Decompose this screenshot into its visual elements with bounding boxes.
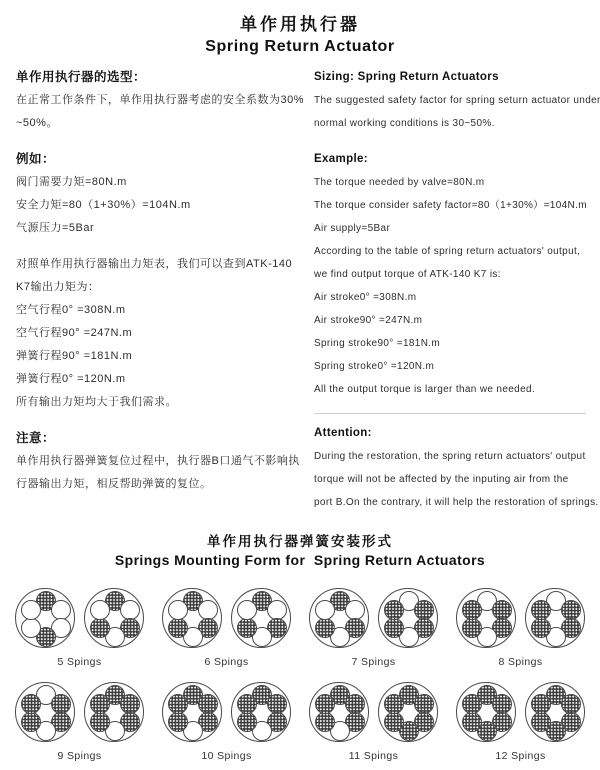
text-line: 单作用执行器弹簧复位过程中，执行器B口通气不影响执	[16, 450, 288, 473]
spring-pocket-empty	[237, 600, 257, 620]
spring-group-5-spings: 5 Spings	[6, 588, 153, 668]
text-line: The torque needed by valve=80N.m	[314, 171, 586, 194]
spring-group-10-spings: 10 Spings	[153, 682, 300, 762]
actuator-endcap-diagram	[525, 588, 585, 648]
spring-pocket-filled	[462, 618, 482, 638]
paragraph-heading: 例如：	[16, 148, 288, 171]
text-line: All the output torque is larger than we …	[314, 378, 586, 401]
spring-pocket-filled	[462, 600, 482, 620]
spring-pocket-filled	[90, 618, 110, 638]
spring-pocket-filled	[90, 694, 110, 714]
spring-group-9-spings: 9 Spings	[6, 682, 153, 762]
spring-pocket-filled	[531, 618, 551, 638]
spring-pocket-filled	[168, 618, 188, 638]
paragraph-spacer	[314, 135, 586, 148]
spring-pocket-filled	[531, 694, 551, 714]
text-line: normal working conditions is 30~50%.	[314, 112, 586, 135]
spring-group-label: 11 Spings	[349, 750, 399, 762]
spring-pocket-filled	[237, 712, 257, 732]
actuator-endcap-diagram	[84, 682, 144, 742]
spring-pocket-filled	[384, 712, 404, 732]
spring-group-label: 9 Spings	[57, 750, 101, 762]
spring-pocket-filled	[531, 712, 551, 732]
spring-diagrams-grid: 5 Spings6 Spings7 Spings8 Spings9 Spings…	[0, 568, 600, 762]
text-line: 阀门需要力矩=80N.m	[16, 171, 288, 194]
spring-pocket-empty	[21, 600, 41, 620]
paragraph-heading: Sizing: Spring Return Actuators	[314, 66, 586, 89]
chinese-text-column: 单作用执行器的选型：在正常工作条件下，单作用执行器考虑的安全系数为30%~50%…	[16, 66, 288, 514]
paragraph-spacer	[16, 135, 288, 148]
springs-section-title-english: Springs Mounting Form for Spring Return …	[0, 552, 600, 568]
spring-group-label: 10 Spings	[201, 750, 251, 762]
actuator-endcap-diagram	[525, 682, 585, 742]
spring-pocket-filled	[90, 712, 110, 732]
spring-pocket-filled	[168, 694, 188, 714]
spring-pocket-filled	[384, 694, 404, 714]
spring-pocket-empty	[315, 600, 335, 620]
spring-group-7-spings: 7 Spings	[300, 588, 447, 668]
endcap-pair	[15, 682, 144, 742]
spring-group-label: 12 Spings	[495, 750, 545, 762]
actuator-endcap-diagram	[456, 588, 516, 648]
spring-pocket-empty	[90, 600, 110, 620]
spring-pocket-filled	[21, 694, 41, 714]
document-title: 单作用执行器 Spring Return Actuator	[0, 10, 600, 56]
spring-pocket-filled	[384, 618, 404, 638]
spring-pocket-filled	[531, 600, 551, 620]
text-line: 在正常工作条件下，单作用执行器考虑的安全系数为30%	[16, 89, 288, 112]
actuator-endcap-diagram	[231, 588, 291, 648]
text-line: During the restoration, the spring retur…	[314, 445, 586, 468]
text-line: K7输出力矩为：	[16, 276, 288, 299]
spring-pocket-filled	[315, 712, 335, 732]
text-line: 空气行程90° =247N.m	[16, 322, 288, 345]
paragraph-heading: Attention:	[314, 422, 586, 445]
endcap-pair	[15, 588, 144, 648]
actuator-endcap-diagram	[309, 588, 369, 648]
text-line: 空气行程0° =308N.m	[16, 299, 288, 322]
spring-pocket-filled	[237, 694, 257, 714]
text-line: According to the table of spring return …	[314, 240, 586, 263]
spring-pocket-filled	[462, 694, 482, 714]
spring-pocket-filled	[462, 712, 482, 732]
text-line: The torque consider safety factor=80（1+3…	[314, 194, 586, 217]
text-line: 弹簧行程0° =120N.m	[16, 368, 288, 391]
text-line: we find output torque of ATK-140 K7 is:	[314, 263, 586, 286]
text-line: The suggested safety factor for spring s…	[314, 89, 586, 112]
spring-pocket-filled	[384, 600, 404, 620]
spring-group-11-spings: 11 Spings	[300, 682, 447, 762]
endcap-pair	[456, 682, 585, 742]
spring-group-6-spings: 6 Spings	[153, 588, 300, 668]
endcap-pair	[309, 588, 438, 648]
page-title-chinese: 单作用执行器	[0, 10, 600, 35]
spring-pocket-filled	[21, 712, 41, 732]
text-line: 所有输出力矩均大于我们需求。	[16, 391, 288, 414]
paragraph-spacer	[16, 414, 288, 427]
actuator-endcap-diagram	[309, 682, 369, 742]
spring-pocket-filled	[315, 618, 335, 638]
spring-group-12-spings: 12 Spings	[447, 682, 594, 762]
text-line: 安全力矩=80（1+30%）=104N.m	[16, 194, 288, 217]
paragraph-heading: 单作用执行器的选型：	[16, 66, 288, 89]
paragraph-spacer	[16, 240, 288, 253]
spring-pocket-empty	[168, 600, 188, 620]
spring-pocket-filled	[315, 694, 335, 714]
actuator-endcap-diagram	[231, 682, 291, 742]
paragraph-heading: 注意：	[16, 427, 288, 450]
page-title-english: Spring Return Actuator	[0, 38, 600, 56]
endcap-pair	[162, 588, 291, 648]
endcap-pair	[456, 588, 585, 648]
text-line: Air stroke90° =247N.m	[314, 309, 586, 332]
text-line: 行器输出力矩，相反帮助弹簧的复位。	[16, 473, 288, 496]
text-line: Air supply=5Bar	[314, 217, 586, 240]
spring-group-label: 7 Spings	[351, 656, 395, 668]
actuator-endcap-diagram	[162, 682, 222, 742]
endcap-pair	[162, 682, 291, 742]
paragraph-heading: Example:	[314, 148, 586, 171]
actuator-endcap-diagram	[456, 682, 516, 742]
actuator-endcap-diagram	[162, 588, 222, 648]
spring-group-8-spings: 8 Spings	[447, 588, 594, 668]
text-line: Air stroke0° =308N.m	[314, 286, 586, 309]
actuator-endcap-diagram	[378, 682, 438, 742]
document-page: 单作用执行器 Spring Return Actuator 单作用执行器的选型：…	[0, 0, 600, 770]
text-line: 气源压力=5Bar	[16, 217, 288, 240]
text-line: port B.On the contrary, it will help the…	[314, 491, 586, 514]
spring-group-label: 5 Spings	[57, 656, 101, 668]
text-line: ~50%。	[16, 112, 288, 135]
section-divider	[314, 413, 586, 414]
text-line: Spring stroke0° =120N.m	[314, 355, 586, 378]
text-line: 弹簧行程90° =181N.m	[16, 345, 288, 368]
actuator-endcap-diagram	[15, 588, 75, 648]
springs-section-title: 单作用执行器弹簧安装形式 Springs Mounting Form for S…	[0, 530, 600, 568]
actuator-endcap-diagram	[15, 682, 75, 742]
spring-pocket-filled	[168, 712, 188, 732]
endcap-pair	[309, 682, 438, 742]
text-line: 对照单作用执行器输出力矩表，我们可以查到ATK-140	[16, 253, 288, 276]
spring-pocket-empty	[21, 618, 41, 638]
text-line: torque will not be affected by the input…	[314, 468, 586, 491]
two-column-body: 单作用执行器的选型：在正常工作条件下，单作用执行器考虑的安全系数为30%~50%…	[0, 56, 600, 514]
actuator-endcap-diagram	[84, 588, 144, 648]
text-line: Spring stroke90° =181N.m	[314, 332, 586, 355]
spring-group-label: 6 Spings	[204, 656, 248, 668]
spring-group-label: 8 Spings	[498, 656, 542, 668]
spring-pocket-filled	[237, 618, 257, 638]
english-text-column: Sizing: Spring Return ActuatorsThe sugge…	[314, 66, 586, 514]
springs-section-title-chinese: 单作用执行器弹簧安装形式	[0, 530, 600, 550]
actuator-endcap-diagram	[378, 588, 438, 648]
